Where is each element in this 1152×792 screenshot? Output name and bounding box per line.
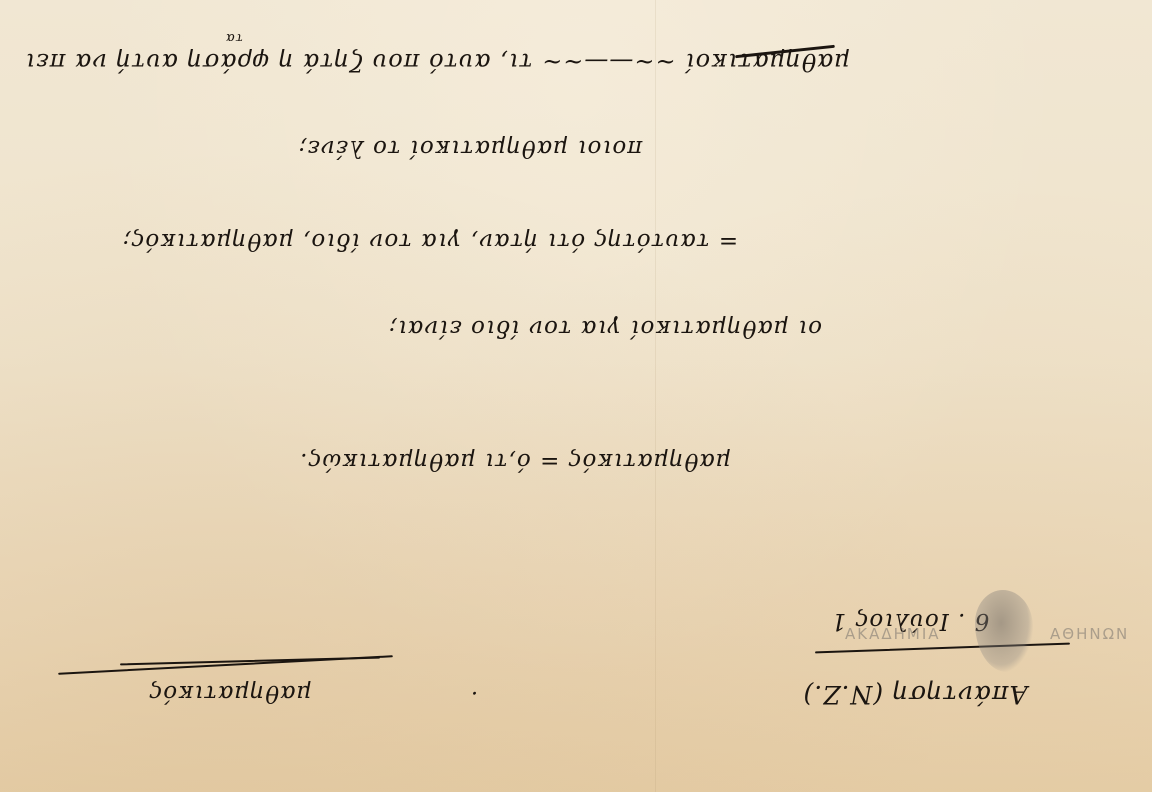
watermark-right-text: ΑΘΗΝΩΝ <box>1050 625 1129 643</box>
manuscript-line-3: = ταυτότης ότι ήταν, για τον ίδιο, μαθημ… <box>40 228 820 254</box>
manuscript-line-1-superscript: τα <box>225 30 243 45</box>
paper-fold <box>655 0 656 792</box>
line-5-text: μαθηματικός = ό,τι μαθηματικώς. <box>299 448 731 474</box>
dot-mark: . <box>470 686 478 711</box>
signature-right-text: Απάντηση (Ν.Ζ.) <box>803 680 1028 709</box>
manuscript-line-1: μαθηματικοί ~~——~~ τι, αυτό που ζητά η φ… <box>70 48 850 76</box>
line-2-text: ποιοι μαθηματικοί το λένε; <box>298 135 643 161</box>
watermark-left-text: ΑΚΑΔΗΜΙΑ <box>845 625 941 643</box>
line-3-text: = ταυτότης ότι ήταν, για τον ίδιο, μαθημ… <box>122 228 738 254</box>
head-profile-emblem-icon <box>975 590 1033 672</box>
signature-left-dot: . <box>470 686 478 711</box>
signature-left-text: μαθηματικός <box>148 680 311 706</box>
superscript-text: τα <box>225 30 243 45</box>
manuscript-line-2: ποιοι μαθηματικοί το λένε; <box>230 135 710 161</box>
manuscript-line-5: μαθηματικός = ό,τι μαθηματικώς. <box>170 448 860 474</box>
signature-left: μαθηματικός <box>60 680 400 706</box>
watermark: ΑΚΑΔΗΜΙΑ ΑΘΗΝΩΝ <box>845 610 1145 660</box>
signature-right: Απάντηση (Ν.Ζ.) <box>760 680 1070 709</box>
manuscript-line-4: οι μαθηματικοί για τον ίδιο είναι; <box>320 315 890 341</box>
paper-texture <box>0 0 1152 792</box>
line-1-text: μαθηματικοί ~~——~~ τι, αυτό που ζητά η φ… <box>24 48 850 76</box>
line-4-text: οι μαθηματικοί για τον ίδιο είναι; <box>388 315 822 341</box>
